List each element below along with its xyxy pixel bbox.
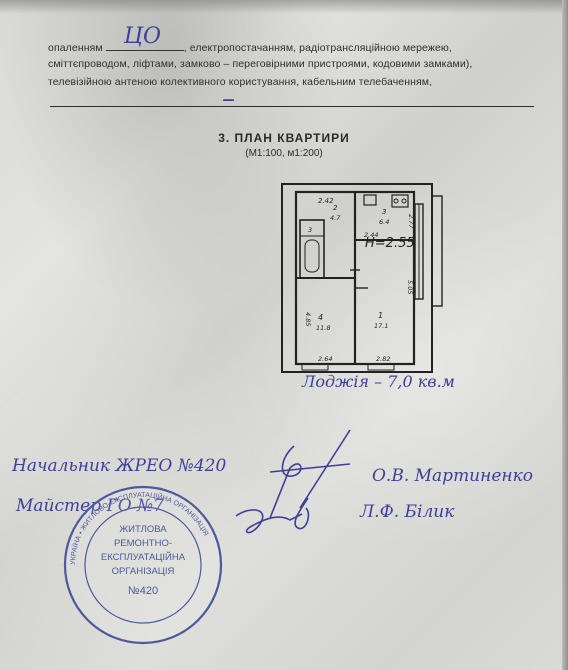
stamp-line-1: ЖИТЛОВА (119, 524, 167, 535)
heating-field: ЦО (106, 38, 184, 51)
dim-kitchen-side: 2.77 (407, 214, 415, 229)
floor-plan: 2.42 2 4.7 3 6.4 2.44 4 11.8 2.64 1 17.1… (278, 180, 443, 385)
organization-stamp: УКРАЇНА • ЖИТЛОВО-ЕКСПЛУАТАЦІЙНА ОРГАНІЗ… (62, 484, 224, 646)
stamp-line-3: ЕКСПЛУАТАЦІЙНА (101, 551, 186, 563)
stamp-line-2: РЕМОНТНО- (114, 538, 172, 549)
utilities-text: , електропостачанням, радіотрансляційною… (184, 42, 452, 54)
signer-1-name: О.В. Мартиненко (372, 466, 533, 486)
intro-line-3: телевізійною антеною колективного корист… (48, 76, 538, 88)
dim-hall-top: 2.42 (318, 197, 334, 205)
stamp-line-4: ОРГАНІЗАЦІЯ (112, 566, 175, 577)
room-2-area: 4.7 (330, 214, 341, 222)
section-title: 3. ПЛАН КВАРТИРИ (0, 131, 568, 145)
intro-line-2: сміттєпроводом, ліфтами, замково – перег… (48, 58, 538, 70)
dim-room-1-side: 5.05 (406, 280, 414, 294)
fill-rule (50, 106, 534, 107)
loggia-note: Лоджія – 7,0 кв.м (302, 372, 455, 391)
room-4-area: 11.8 (316, 324, 330, 332)
floor-plan-drawing: 2.42 2 4.7 3 6.4 2.44 4 11.8 2.64 1 17.1… (278, 180, 443, 380)
dim-room-1-bottom: 2.82 (376, 355, 390, 363)
page-edge (562, 0, 568, 670)
room-1-number: 1 (378, 311, 383, 320)
signer-2-name: Л.Ф. Білик (360, 502, 454, 522)
bath-number: 3 (308, 226, 312, 234)
dim-room-4-bottom: 2.64 (318, 355, 332, 363)
room-2-number: 2 (333, 204, 338, 212)
signatures-scribble (230, 428, 360, 553)
room-3-number: 3 (382, 208, 386, 216)
dim-room-4-side: 4.85 (304, 312, 312, 326)
section-scale: (М1:100, м1:200) (0, 148, 568, 159)
ceiling-height: H=2.55 (365, 236, 415, 251)
handwritten-dash: – (222, 84, 235, 114)
signer-1-role: Начальник ЖРЕО №420 (12, 456, 226, 476)
room-1-area: 17.1 (374, 322, 388, 330)
heating-value: ЦО (124, 24, 161, 49)
room-4-number: 4 (318, 313, 323, 322)
room-3-area: 6.4 (379, 218, 389, 226)
heating-label: опаленням (48, 42, 103, 54)
intro-line-1: опаленням ЦО , електропостачанням, радіо… (48, 38, 538, 54)
stamp-number: №420 (128, 585, 158, 597)
